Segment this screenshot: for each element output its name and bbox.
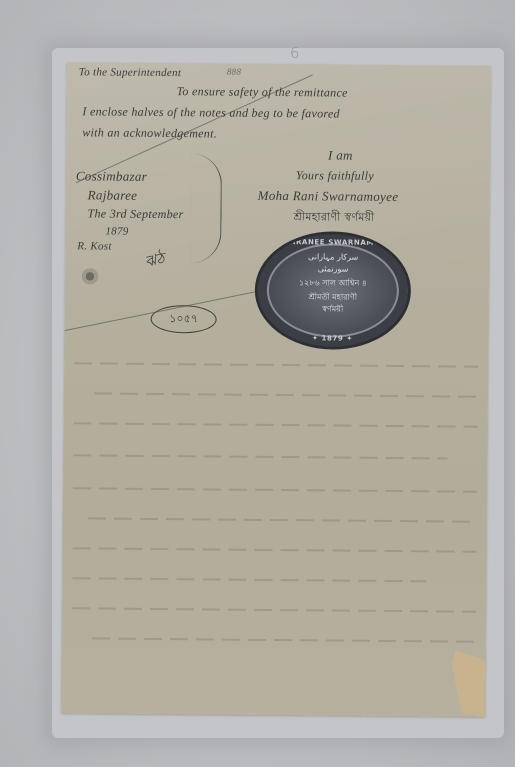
bleed-through-line [72,607,476,613]
signature-bengali: শ্রীমহারাণী স্বর্ণময়ী [293,208,374,228]
place-line-1: Cossimbazar [76,168,147,185]
body-line-2: I enclose halves of the notes and beg to… [82,104,340,121]
bleed-through-line [73,487,477,493]
bleed-through-line [74,422,478,428]
bleed-through-line [88,517,477,522]
closing-valediction: Yours faithfully [296,168,374,184]
maharani-seal: ✦ MAHARANEE SWARNAMOYEE ✦ سرکار مہارانی … [254,231,411,350]
place-line-2: Rajbaree [88,187,138,203]
bracket-mark [190,153,222,263]
closing-salutation: I am [328,147,353,163]
bleed-through-line [74,362,478,368]
small-ink-stamp [79,268,101,284]
torn-corner [451,651,488,717]
seal-rim-text-top: ✦ MAHARANEE SWARNAMOYEE ✦ [258,238,408,247]
body-line-3: with an acknowledgement. [82,125,217,141]
margin-note: R. Kost [77,240,112,252]
bleed-through-line [72,577,426,582]
signature: Moha Rani Swarnamoyee [258,188,399,205]
margin-initials: ঝঠ [143,247,168,275]
seal-inner-line-4: শ্রীমতী মহারাণী [276,292,390,303]
letter-date: The 3rd September [87,206,183,222]
letter-page: To the Superintendent 888 To ensure safe… [61,62,491,717]
seal-inner-line-2: سورنمئی [276,264,390,275]
seal-inner-line-5: স্বর্ণময়ী [276,304,390,315]
bleed-through-line [73,547,477,553]
bleed-through-line [73,454,447,459]
folio-number: 6 [290,44,300,62]
seal-inner-line-3: ১২৮৬ সাল আশ্বিন ৪ [276,278,390,289]
letter-year: 1879 [105,226,128,238]
body-line-1: To ensure safety of the remittance [177,84,348,100]
addressee: To the Superintendent [79,66,182,79]
bleed-through-line [92,637,476,642]
bleed-through-line [94,392,478,397]
circled-number: ১০৫৭ [150,305,216,334]
seal-rim-text-bottom: ✦ 1879 ✦ [257,334,407,343]
corner-mark: 888 [227,67,241,77]
seal-inner-line-1: سرکار مہارانی [276,252,390,263]
